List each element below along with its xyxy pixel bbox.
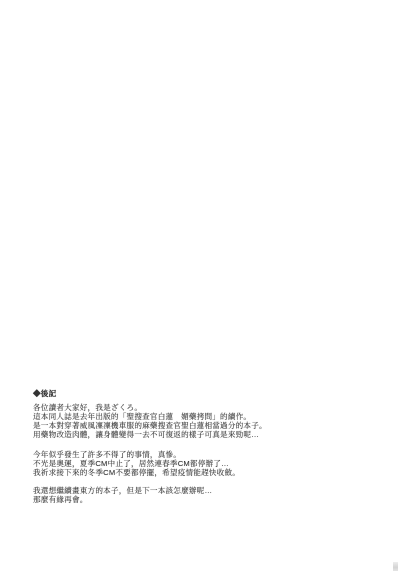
text-line: 今年似乎發生了許多不得了的事情，真慘。 <box>33 450 363 459</box>
afterword-paragraph: 我還想繼續畫東方的本子，但是下一本該怎麼辦呢… 那麼有緣再會。 <box>33 486 363 504</box>
afterword-text-block: ◆後記 各位讀者大家好，我是ざくろ。 這本同人誌是去年出版的「聖搜查官白蓮 媚藥… <box>33 389 363 513</box>
text-line: 那麼有緣再會。 <box>33 495 363 504</box>
page-edge-scan-artifact <box>393 562 398 571</box>
text-line: 是一本對穿著威風凜凜機車服的麻藥搜查官聖白蓮相當過分的本子。 <box>33 421 363 430</box>
text-line: 我還想繼續畫東方的本子，但是下一本該怎麼辦呢… <box>33 486 363 495</box>
text-line: 不光是奧運，夏季CM中止了，居然連春季CM都停辦了… <box>33 459 363 468</box>
text-line: 各位讀者大家好，我是ざくろ。 <box>33 403 363 412</box>
text-line: 這本同人誌是去年出版的「聖搜查官白蓮 媚藥拷問」的續作。 <box>33 412 363 421</box>
text-line: 用藥物改造肉體，讓身體變得一去不可復返的樣子可真是來勁呢… <box>33 430 363 439</box>
text-line: 我祈求接下來的冬季CM不要都停擺，希望疫情能趕快收斂。 <box>33 468 363 477</box>
scanned-document-page: ◆後記 各位讀者大家好，我是ざくろ。 這本同人誌是去年出版的「聖搜查官白蓮 媚藥… <box>0 0 400 578</box>
afterword-paragraph: 今年似乎發生了許多不得了的事情，真慘。 不光是奧運，夏季CM中止了，居然連春季C… <box>33 450 363 477</box>
afterword-heading: ◆後記 <box>33 389 363 398</box>
afterword-paragraph: 各位讀者大家好，我是ざくろ。 這本同人誌是去年出版的「聖搜查官白蓮 媚藥拷問」的… <box>33 403 363 439</box>
